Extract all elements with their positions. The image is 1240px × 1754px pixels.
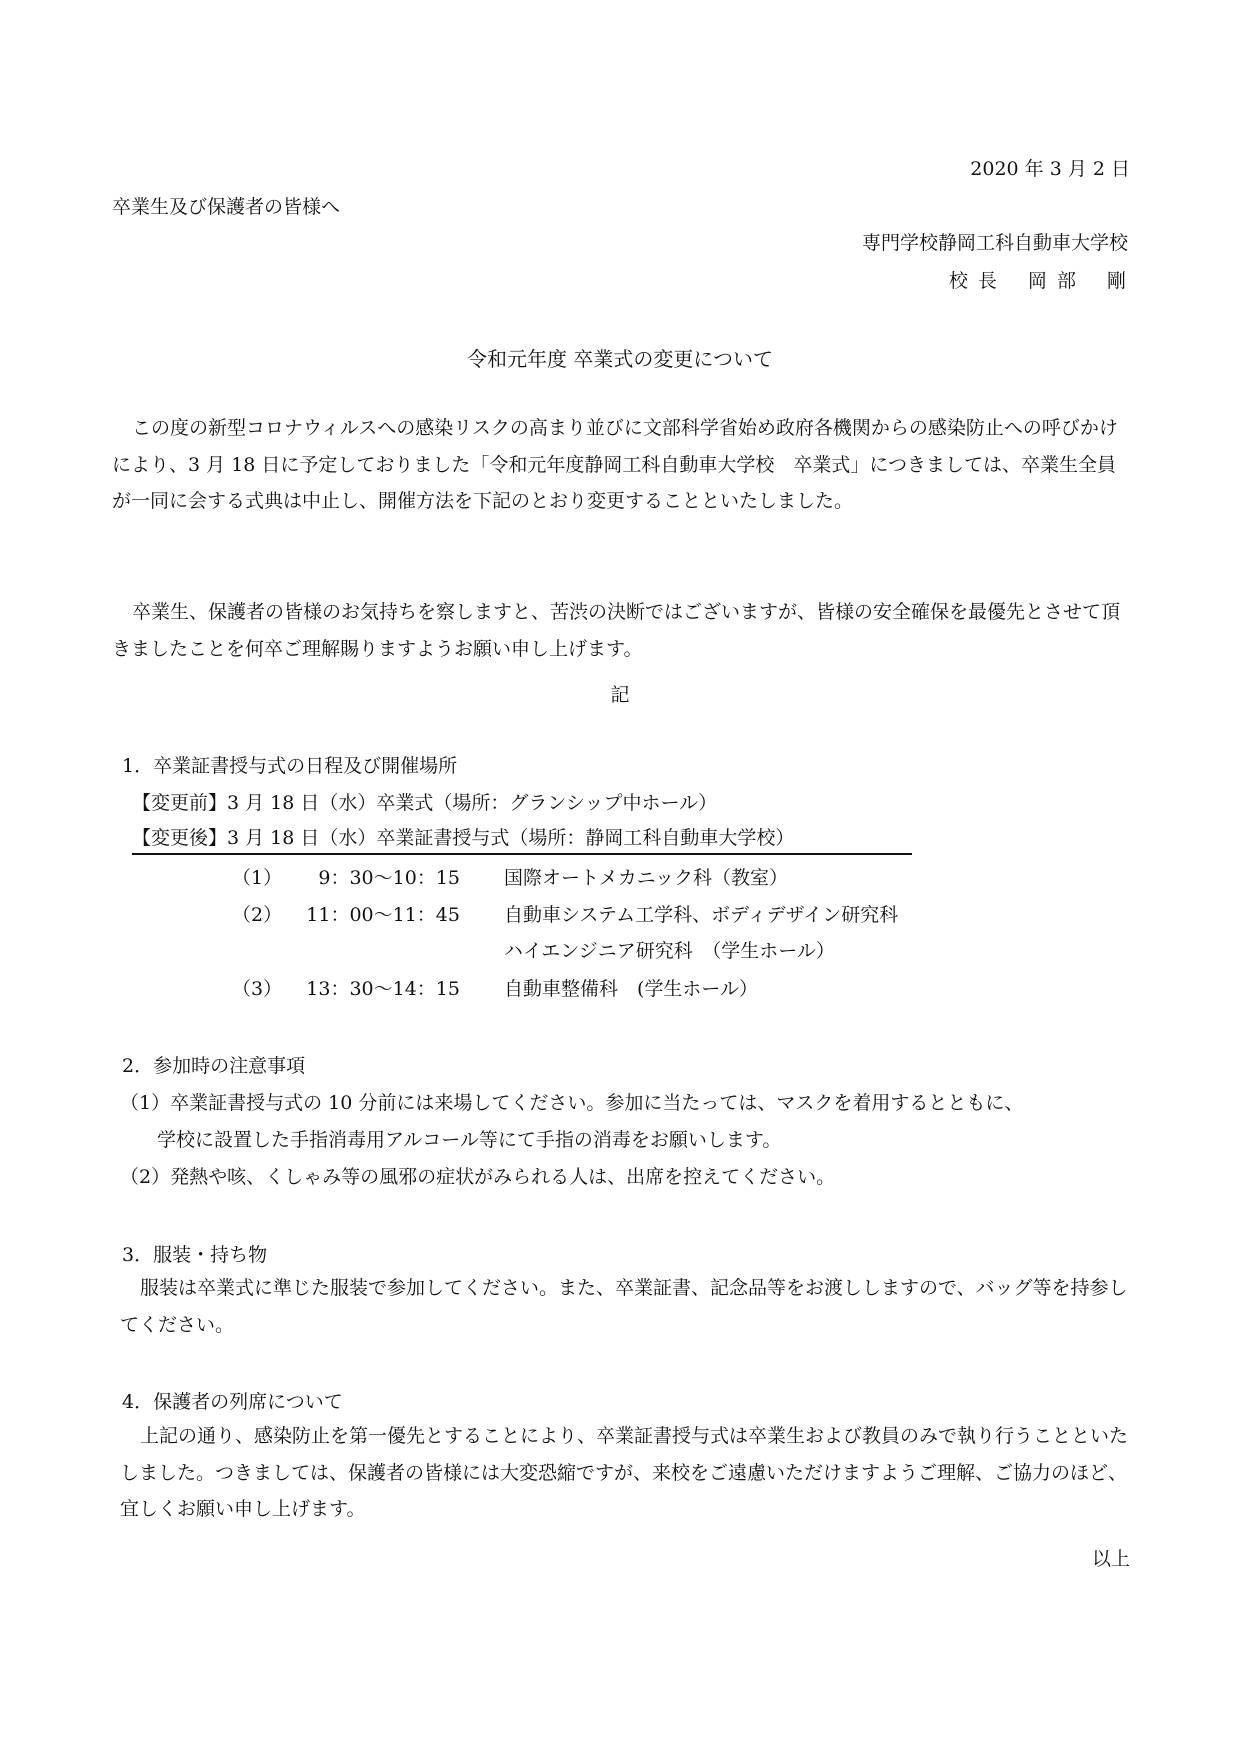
notice-item-1: （1）卒業証書授与式の 10 分前には来場してください。参加に当たっては、マスク… — [120, 1094, 1023, 1113]
notice-item-1-cont: 学校に設置した手指消毒用アルコール等にて手指の消毒をお願いします。 — [157, 1131, 781, 1150]
schedule-row-1-dept: 国際オートメカニック科（教室） — [504, 869, 788, 888]
document-title: 令和元年度 卒業式の変更について — [0, 349, 1240, 369]
parents-attendance-text: 上記の通り、感染防止を第一優先とすることにより、卒業証書授与式は卒業生および教員… — [120, 1418, 1132, 1528]
schedule-row-1-time: 9：30～10：15 — [290, 869, 460, 888]
section-2-heading: 2．参加時の注意事項 — [122, 1057, 305, 1076]
attire-text: 服装は卒業式に準じた服装で参加してください。また、卒業証書、記念品等をお渡ししま… — [120, 1270, 1140, 1343]
schedule-row-3-number: （3） — [232, 980, 282, 999]
recipient-line: 卒業生及び保護者の皆様へ — [112, 198, 340, 217]
schedule-row-1-number: （1） — [232, 869, 282, 888]
schedule-row-2-dept-cont: ハイエンジニア研究科 （学生ホール） — [504, 942, 835, 961]
notice-item-2: （2）発熱や咳、くしゃみ等の風邪の症状がみられる人は、出席を控えてください。 — [120, 1168, 835, 1187]
after-change-underline — [132, 853, 912, 855]
section-1-heading: 1．卒業証書授与式の日程及び開催場所 — [122, 757, 457, 776]
section-3-heading: 3．服装・持ち物 — [122, 1246, 267, 1265]
closing-mark: 以上 — [1092, 1550, 1130, 1569]
schedule-row-2-dept: 自動車システム工学科、ボディデザイン研究科 — [504, 906, 898, 925]
body-paragraph-1: この度の新型コロナウィルスへの感染リスクの高まり並びに文部科学省始め政府各機関か… — [112, 410, 1132, 520]
schedule-after-change: 【変更後】3 月 18 日（水）卒業証書授与式（場所：静岡工科自動車大学校） — [132, 829, 794, 848]
ki-marker: 記 — [0, 686, 1240, 705]
schedule-row-3-dept: 自動車整備科 (学生ホール） — [504, 980, 758, 999]
schedule-row-2-time: 11：00～11：45 — [290, 906, 460, 925]
sender-school: 専門学校静岡工科自動車大学校 — [862, 234, 1128, 253]
section-4-heading: 4．保護者の列席について — [122, 1393, 343, 1412]
schedule-row-2-number: （2） — [232, 906, 282, 925]
sender-principal: 校 長 岡 部 剛 — [949, 272, 1128, 291]
body-paragraph-2: 卒業生、保護者の皆様のお気持ちを察しますと、苦渋の決断ではございますが、皆様の安… — [112, 594, 1132, 667]
document-date: 2020 年 3 月 2 日 — [970, 160, 1130, 179]
schedule-row-3-time: 13：30～14：15 — [290, 980, 460, 999]
schedule-before-change: 【変更前】3 月 18 日（水）卒業式（場所：グランシップ中ホール） — [132, 794, 717, 813]
